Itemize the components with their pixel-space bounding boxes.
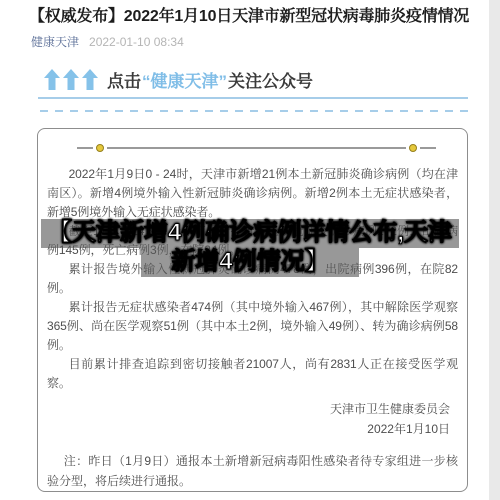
article-title: 【权威发布】2022年1月10日天津市新型冠状病毒肺炎疫情情况 — [29, 6, 481, 28]
banner-account-name: “健康天津” — [142, 67, 227, 92]
signature: 天津市卫生健康委员会 2022年1月10日 — [47, 399, 458, 439]
notice-paragraph: 累计报告无症状感染者474例（其中境外输入467例），其中解除医学观察365例、… — [47, 298, 458, 355]
divider-line — [107, 147, 406, 149]
banner-text-after: 关注公众号 — [228, 67, 313, 92]
caption-line-1: 【天津新增4例确诊病例详情公布,天津 — [41, 219, 459, 248]
divider-dot-icon — [409, 144, 417, 152]
dashed-separator — [40, 110, 468, 112]
banner-text-before: 点击 — [107, 67, 141, 92]
signature-date: 2022年1月10日 — [47, 419, 450, 439]
banner-underline — [38, 97, 468, 99]
follow-banner[interactable]: 点击 “健康天津” 关注公众号 — [44, 64, 313, 94]
divider-dash — [420, 147, 436, 149]
decorative-divider — [77, 144, 436, 152]
byline: 健康天津2022-01-10 08:34 — [31, 33, 184, 50]
notice-body: 2022年1月9日0 - 24时，天津市新增21例本土新冠肺炎确诊病例（均在津南… — [47, 165, 458, 393]
notice-paragraph: 2022年1月9日0 - 24时，天津市新增21例本土新冠肺炎确诊病例（均在津南… — [47, 165, 458, 222]
footnote: 注：昨日（1月9日）通报本土新增新冠病毒阳性感染者待专家组进一步核验分型，将后续… — [47, 451, 458, 491]
source-account-link[interactable]: 健康天津 — [31, 35, 79, 49]
notice-paragraph: 目前累计排查追踪到密切接触者21007人，尚有2831人正在接受医学观察。 — [47, 355, 458, 393]
notice-card: 2022年1月9日0 - 24时，天津市新增21例本土新冠肺炎确诊病例（均在津南… — [37, 128, 468, 492]
divider-dash — [77, 147, 93, 149]
caption-line-2: 新增4例情况】 — [141, 248, 358, 277]
divider-dot-icon — [96, 144, 104, 152]
publish-timestamp: 2022-01-10 08:34 — [89, 35, 184, 49]
up-arrows-icon — [44, 69, 98, 90]
article-page: 【权威发布】2022年1月10日天津市新型冠状病毒肺炎疫情情况 健康天津2022… — [0, 0, 500, 500]
caption-watermark: 【天津新增4例确诊病例详情公布,天津 新增4例情况】 — [0, 219, 500, 277]
signature-org: 天津市卫生健康委员会 — [47, 399, 450, 419]
